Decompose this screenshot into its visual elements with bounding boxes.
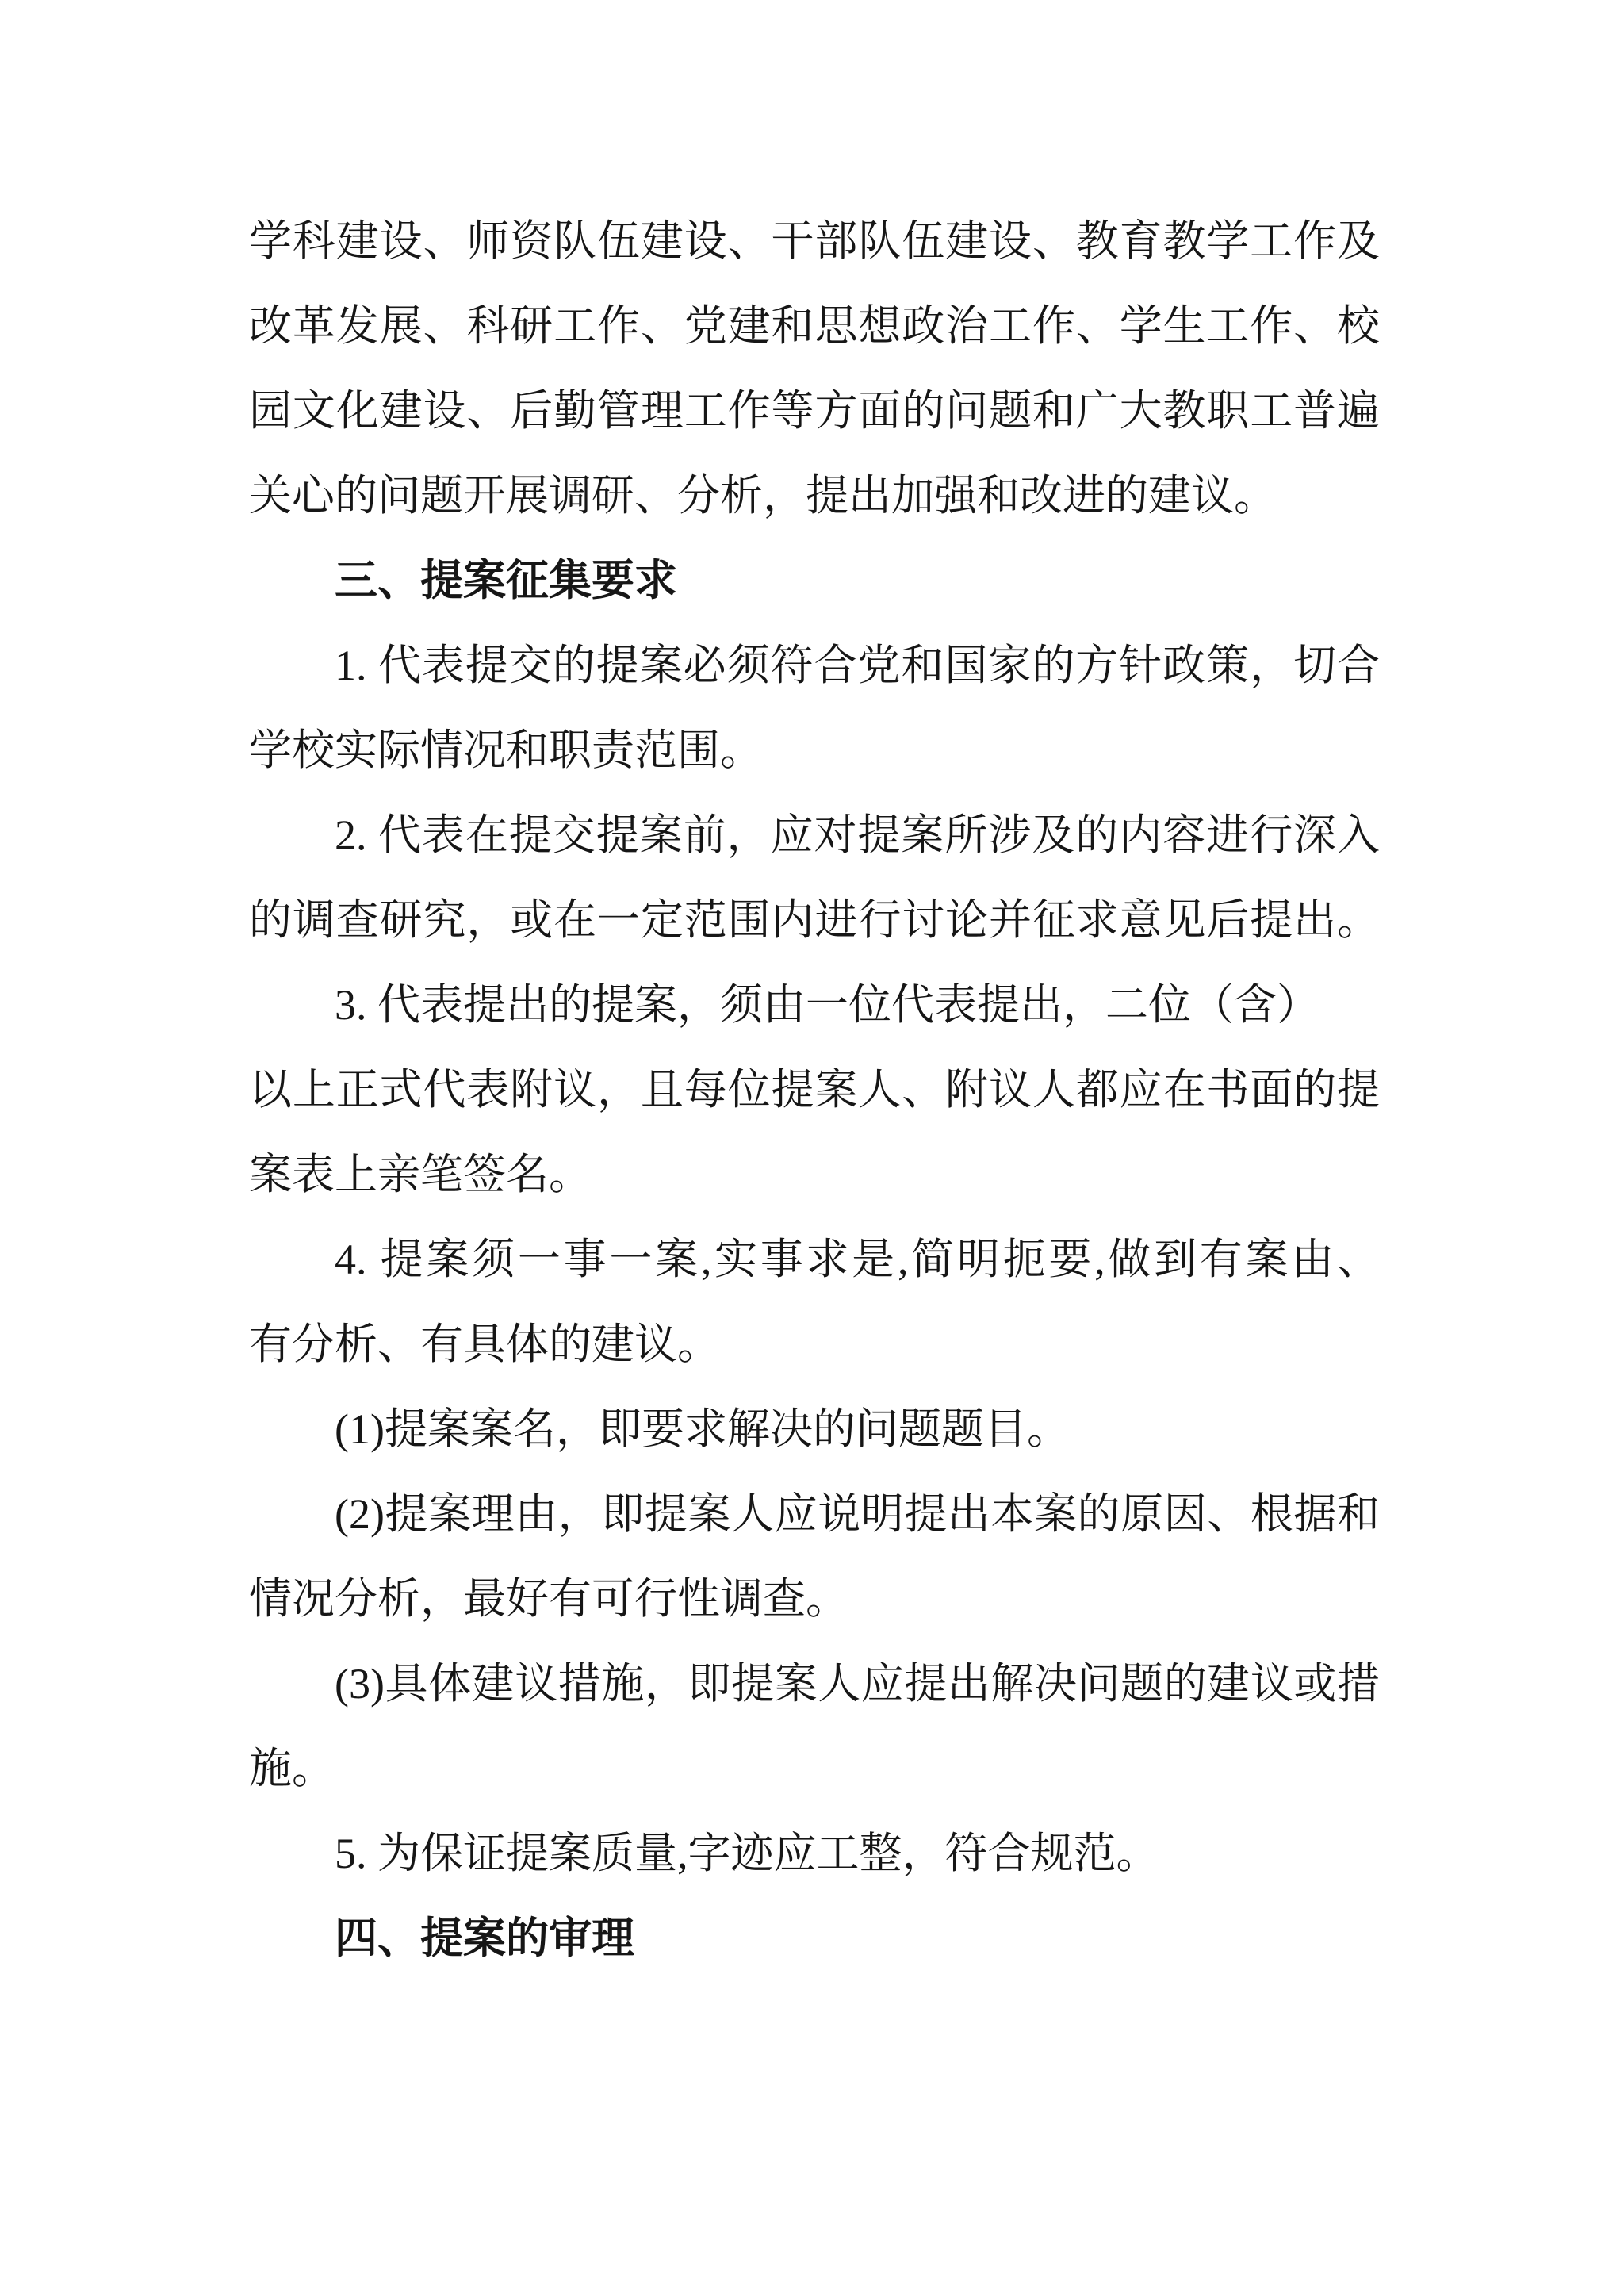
paragraph: 5. 为保证提案质量,字迹应工整，符合规范。 xyxy=(249,1811,1380,1896)
paragraph: (2)提案理由，即提案人应说明提出本案的原因、根据和 情况分析，最好有可行性调查… xyxy=(249,1472,1380,1642)
section-heading: 四、提案的审理 xyxy=(249,1896,1380,1981)
text-line: 园文化建设、后勤管理工作等方面的问题和广大教职工普遍 xyxy=(249,369,1380,454)
text-line: 案表上亲笔签名。 xyxy=(249,1133,1380,1217)
section-heading: 三、提案征集要求 xyxy=(249,539,1380,623)
paragraph: 1. 代表提交的提案必须符合党和国家的方针政策，切合 学校实际情况和职责范围。 xyxy=(249,623,1380,793)
text-line: 学校实际情况和职责范围。 xyxy=(249,708,1380,793)
paragraph: (1)提案案名，即要求解决的问题题目。 xyxy=(249,1387,1380,1472)
text-line: 3. 代表提出的提案，须由一位代表提出，二位（含） xyxy=(249,963,1380,1048)
text-line: (2)提案理由，即提案人应说明提出本案的原因、根据和 xyxy=(249,1472,1380,1557)
text-line: 改革发展、科研工作、党建和思想政治工作、学生工作、校 xyxy=(249,284,1380,369)
paragraph: 学科建设、师资队伍建设、干部队伍建设、教育教学工作及 改革发展、科研工作、党建和… xyxy=(249,199,1380,539)
text-line: 施。 xyxy=(249,1727,1380,1811)
document-content: 学科建设、师资队伍建设、干部队伍建设、教育教学工作及 改革发展、科研工作、党建和… xyxy=(249,199,1380,1981)
text-line: 2. 代表在提交提案前，应对提案所涉及的内容进行深入 xyxy=(249,793,1380,878)
text-line: (1)提案案名，即要求解决的问题题目。 xyxy=(249,1387,1380,1472)
paragraph: 四、提案的审理 xyxy=(249,1896,1380,1981)
paragraph: (3)具体建议措施，即提案人应提出解决问题的建议或措 施。 xyxy=(249,1642,1380,1811)
paragraph: 2. 代表在提交提案前，应对提案所涉及的内容进行深入 的调查研究，或在一定范围内… xyxy=(249,793,1380,963)
text-line: 以上正式代表附议，且每位提案人、附议人都应在书面的提 xyxy=(249,1048,1380,1133)
paragraph: 三、提案征集要求 xyxy=(249,539,1380,623)
text-line: 有分析、有具体的建议。 xyxy=(249,1302,1380,1387)
text-line: 4. 提案须一事一案,实事求是,简明扼要,做到有案由、 xyxy=(249,1217,1380,1302)
paragraph: 4. 提案须一事一案,实事求是,简明扼要,做到有案由、 有分析、有具体的建议。 xyxy=(249,1217,1380,1387)
text-line: 关心的问题开展调研、分析，提出加强和改进的建议。 xyxy=(249,454,1380,539)
text-line: (3)具体建议措施，即提案人应提出解决问题的建议或措 xyxy=(249,1642,1380,1727)
document-page: 学科建设、师资队伍建设、干部队伍建设、教育教学工作及 改革发展、科研工作、党建和… xyxy=(0,0,1624,2296)
text-line: 情况分析，最好有可行性调查。 xyxy=(249,1557,1380,1642)
text-line: 1. 代表提交的提案必须符合党和国家的方针政策，切合 xyxy=(249,623,1380,708)
text-line: 学科建设、师资队伍建设、干部队伍建设、教育教学工作及 xyxy=(249,199,1380,284)
text-line: 的调查研究，或在一定范围内进行讨论并征求意见后提出。 xyxy=(249,878,1380,963)
text-line: 5. 为保证提案质量,字迹应工整，符合规范。 xyxy=(249,1811,1380,1896)
paragraph: 3. 代表提出的提案，须由一位代表提出，二位（含） 以上正式代表附议，且每位提案… xyxy=(249,963,1380,1217)
